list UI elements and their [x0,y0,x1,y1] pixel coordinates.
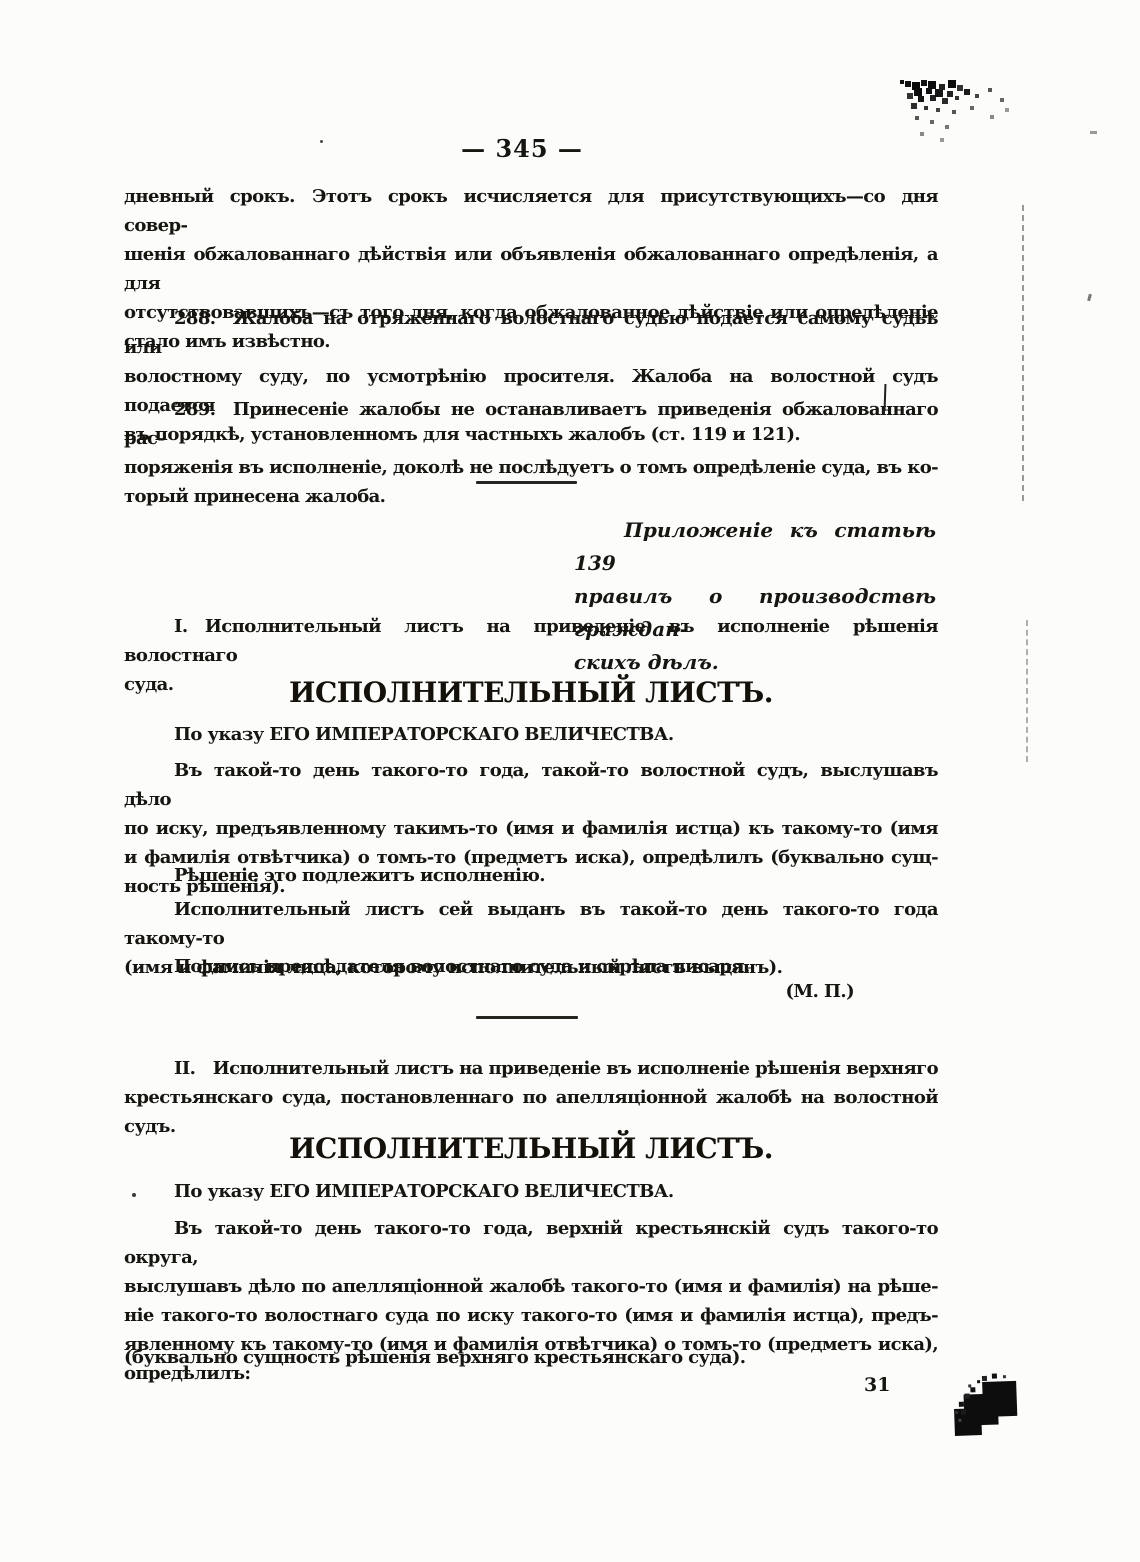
scanned-document-page: — 345 — дневный срокъ. Этотъ срокъ исчис… [0,0,1140,1562]
stray-ink-dot [1090,131,1097,134]
text-line: Въ такой-то день такого-то года, такой-т… [124,756,938,814]
text-line: поряженія въ исполненіе, доколѣ не послѣ… [124,453,938,482]
ukaz-line-2: По указу ЕГО ИМПЕРАТОРСКАГО ВЕЛИЧЕСТВА. [124,1177,938,1206]
text-line: По указу ЕГО ИМПЕРАТОРСКАГО ВЕЛИЧЕСТВА. [124,720,938,749]
text-line: по иску, предъявленному такимъ-то (имя и… [124,814,938,843]
text-line: 289. Принесеніе жалобы не останавливаетъ… [124,395,938,453]
ink-blob-speckles [977,1380,980,1383]
text-line: По указу ЕГО ИМПЕРАТОРСКАГО ВЕЛИЧЕСТВА. [124,1177,938,1206]
text-line: Въ такой-то день такого-то года, верхній… [124,1214,938,1272]
text-line: ніе такого-то волостнаго суда по иску та… [124,1301,938,1330]
writ-title-1: ИСПОЛНИТЕЛЬНЫЙ ЛИСТЪ. [124,676,938,710]
section-divider [476,481,577,484]
stray-ink-dot [320,140,323,143]
ukaz-line-1: По указу ЕГО ИМПЕРАТОРСКАГО ВЕЛИЧЕСТВА. [124,720,938,749]
section-divider [476,1016,578,1019]
stray-ink-dot [132,1193,136,1197]
sheet-number-footer: 31 [864,1372,924,1398]
text-line: I. Исполнительный листъ на приведеніе въ… [124,612,938,670]
paragraph-article-289: 289. Принесеніе жалобы не останавливаетъ… [124,395,938,511]
list-item-2: II. Исполнительный листъ на приведеніе в… [124,1054,938,1141]
text-line: II. Исполнительный листъ на приведеніе в… [124,1054,938,1083]
text-line: шенія обжалованнаго дѣйствія или объявле… [124,240,938,298]
writ2-note-line: (буквально сущность рѣшенія верхняго кре… [124,1343,938,1372]
ink-smudge-top-right [900,80,904,84]
text-line: дневный срокъ. Этотъ срокъ исчисляется д… [124,182,938,240]
text-line: (буквально сущность рѣшенія верхняго кре… [124,1343,938,1372]
text-line: Рѣшеніе это подлежитъ исполненію. [124,861,938,890]
writ1-execution-line: Рѣшеніе это подлежитъ исполненію. [124,861,938,890]
ink-blob-part [954,1408,982,1436]
stray-ink-dot [1087,294,1092,302]
page-number-header: — 345 — [2,134,1042,164]
text-line: торый принесена жалоба. [124,482,938,511]
ink-blob-bottom-right [937,1368,1030,1446]
text-line: 288. Жалоба на отряженнаго волостнаго су… [124,304,938,362]
seal-placeholder: (М. П.) [124,977,854,1006]
text-line: выслушавъ дѣло по апелляціонной жалобѣ т… [124,1272,938,1301]
scan-margin-marks [1026,620,1028,762]
text-line: Приложеніе къ статьѣ 139 [574,514,936,580]
writ-title-2: ИСПОЛНИТЕЛЬНЫЙ ЛИСТЪ. [124,1132,938,1166]
scan-margin-marks [1022,205,1024,501]
text-line: Исполнительный листъ сей выданъ въ такой… [124,895,938,953]
